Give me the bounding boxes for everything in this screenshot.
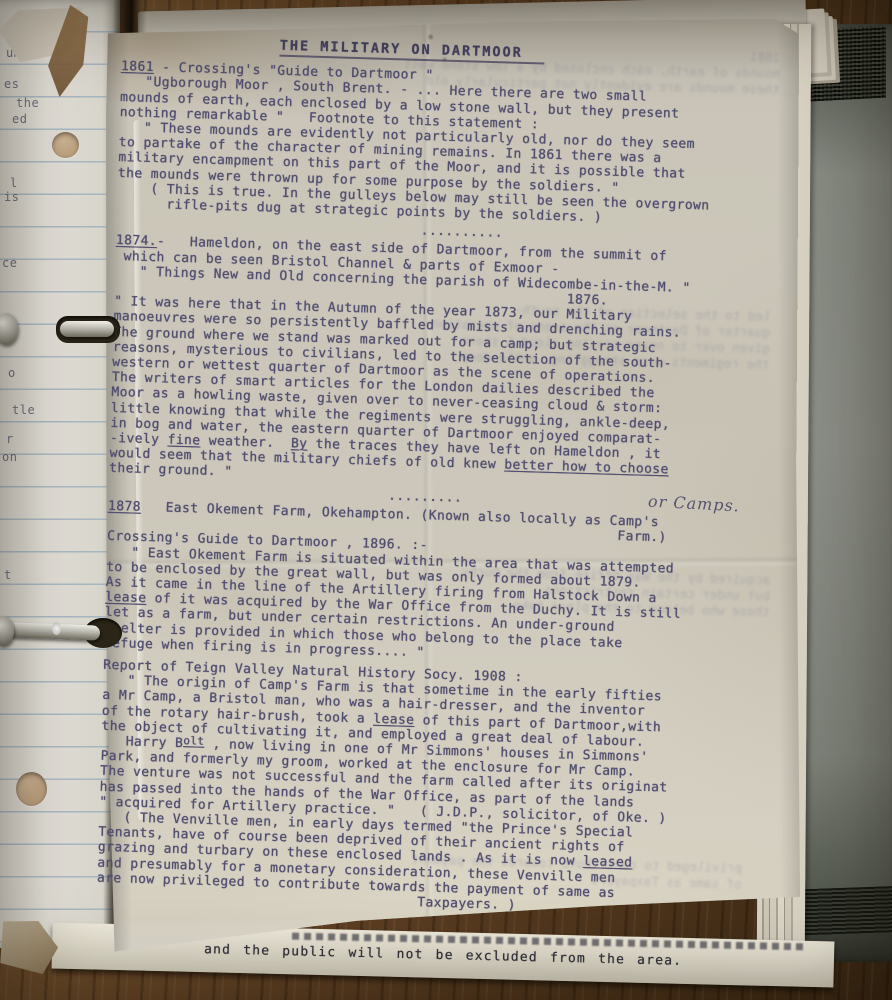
section-1861: 1861 - Crossing's "Guide to Dartmoor " "… (117, 59, 783, 231)
left-page-text-fragment: ce (2, 256, 17, 270)
left-page-text-fragment: on (2, 450, 17, 464)
left-page-text-fragment: t (4, 568, 12, 582)
left-page-text-fragment: the (16, 96, 39, 110)
punch-hole (52, 132, 79, 158)
left-page-text-fragment: ed (12, 112, 27, 126)
section-1874: ··········1874.- Hameldon, on the east s… (109, 218, 778, 496)
binder-fastener (60, 321, 114, 337)
left-page-text-fragment: o (8, 366, 16, 380)
photo-of-typed-document: um es the ed l is ce o tle r on t and th… (0, 0, 892, 1000)
typed-text-layer: THE MILITARY ON DARTMOOR 1861 - Crossing… (96, 34, 784, 927)
section-report-1908: Report of Teign Valley Natural History S… (96, 658, 765, 921)
left-page-text-fragment: es (4, 77, 19, 91)
left-page-text-fragment: tle (12, 403, 35, 417)
left-page-text-fragment: is (4, 190, 19, 204)
fastener-glint (52, 622, 61, 635)
left-page-text-fragment: l (10, 176, 18, 190)
punch-hole (16, 772, 47, 806)
left-page-text-fragment: r (6, 432, 14, 446)
